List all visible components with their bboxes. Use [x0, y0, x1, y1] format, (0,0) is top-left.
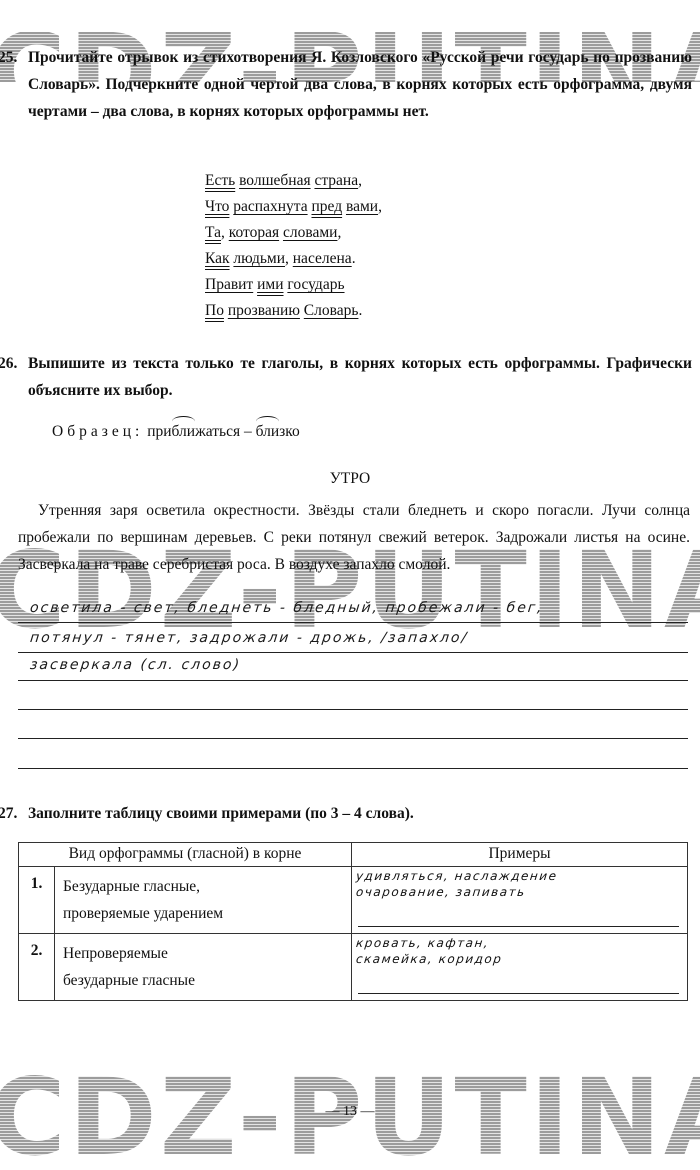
root-arc: бли	[256, 423, 280, 441]
poem-line: Есть волшебная страна,	[205, 168, 382, 194]
task-instruction: Прочитайте отрывок из стихотворения Я. К…	[0, 44, 700, 125]
examples-cell[interactable]: кровать, кафтан, скамейка, коридор	[352, 934, 688, 1001]
answer-line[interactable]	[18, 680, 688, 681]
handwritten-answer-line: засверкала (сл. слово)	[29, 657, 242, 673]
task-instruction: Заполните таблицу своими примерами (по 3…	[0, 800, 700, 827]
answer-line[interactable]	[18, 652, 688, 653]
answer-line[interactable]	[18, 709, 688, 710]
task-number: 26.	[0, 350, 17, 377]
sample-label: Образец:	[52, 423, 143, 440]
kind-line: Безударные гласные,	[63, 873, 343, 900]
orthogram-table: Вид орфограммы (гласной) в корне Примеры…	[18, 842, 688, 1001]
workbook-page: 25. Прочитайте отрывок из стихотворения …	[0, 0, 700, 1170]
root-arc: бли	[172, 423, 196, 441]
kind-line: безударные гласные	[63, 967, 343, 994]
poem-line: Правит ими государь	[205, 272, 382, 298]
handwritten-example: скамейка, коридор	[355, 952, 503, 966]
answer-line	[358, 926, 679, 927]
orthogram-kind: Безударные гласные, проверяемые ударение…	[55, 867, 352, 934]
task-number: 25.	[0, 44, 17, 71]
poem-line: По прозванию Словарь.	[205, 298, 382, 324]
column-header-kind: Вид орфограммы (гласной) в корне	[19, 843, 352, 867]
row-number: 1.	[19, 867, 55, 934]
task-number: 27.	[0, 800, 17, 827]
answer-line[interactable]	[18, 768, 688, 769]
poem-line: Та, которая словами,	[205, 220, 382, 246]
examples-cell[interactable]: удивляться, наслаждение очарование, запи…	[352, 867, 688, 934]
kind-line: Непроверяемые	[63, 940, 343, 967]
task-27: 27. Заполните таблицу своими примерами (…	[0, 800, 700, 827]
handwritten-example: очарование, запивать	[355, 885, 526, 899]
sample-example: Образец: приближаться – близко	[52, 423, 300, 441]
orthogram-kind: Непроверяемые безударные гласные	[55, 934, 352, 1001]
table-row: 1. Безударные гласные, проверяемые ударе…	[19, 867, 688, 934]
row-number: 2.	[19, 934, 55, 1001]
task-25: 25. Прочитайте отрывок из стихотворения …	[0, 44, 700, 125]
handwritten-example: кровать, кафтан,	[355, 936, 490, 950]
handwritten-answer-line: потянул - тянет, задрожали - дрожь, /зап…	[29, 630, 469, 646]
answer-line[interactable]	[18, 738, 688, 739]
task-26: 26. Выпишите из текста только те глаголы…	[0, 350, 700, 404]
answer-line[interactable]	[18, 622, 688, 623]
poem-line: Что распахнута пред вами,	[205, 194, 382, 220]
sample-word-suffix: жаться	[195, 423, 240, 440]
poem: Есть волшебная страна, Что распахнута пр…	[205, 168, 382, 324]
sample-word-suffix: зко	[279, 423, 300, 440]
text-title: УТРО	[0, 470, 700, 488]
task-instruction: Выпишите из текста только те глаголы, в …	[0, 350, 700, 404]
sample-word-prefix: при	[147, 423, 171, 440]
story-text: Утренняя заря осветила окрестности. Звёз…	[18, 497, 690, 578]
handwritten-example: удивляться, наслаждение	[355, 869, 558, 883]
answer-line	[358, 993, 679, 994]
column-header-examples: Примеры	[352, 843, 688, 867]
poem-line: Как людьми, населена.	[205, 246, 382, 272]
table-row: 2. Непроверяемые безударные гласные кров…	[19, 934, 688, 1001]
page-number: — 13 —	[0, 1104, 700, 1120]
kind-line: проверяемые ударением	[63, 900, 343, 927]
handwritten-answer-line: осветила - свет, бледнеть - бледный, про…	[29, 600, 544, 616]
sample-dash: –	[244, 423, 252, 440]
